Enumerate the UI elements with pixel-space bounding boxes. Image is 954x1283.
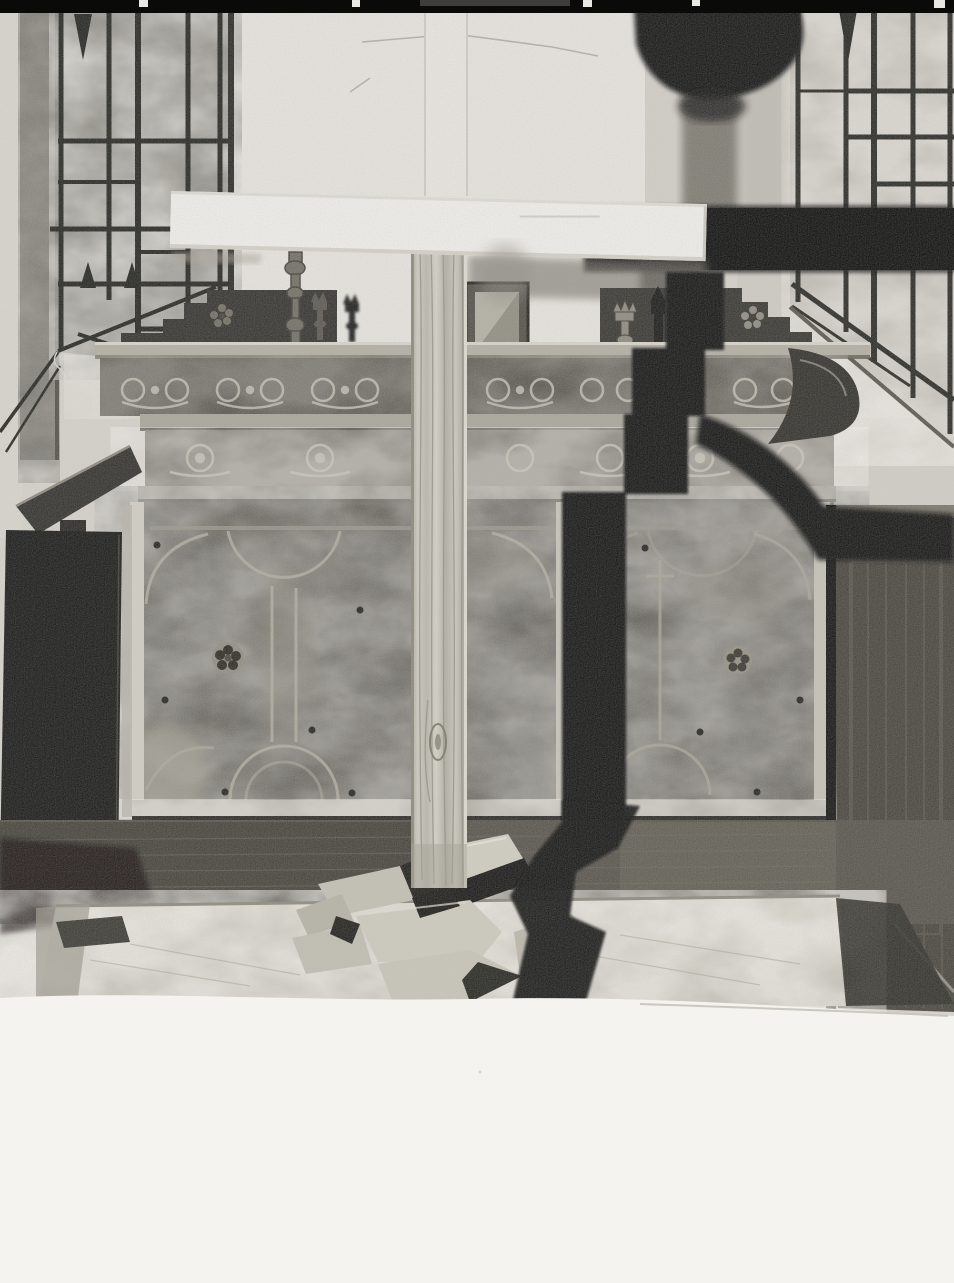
photograph: Black-and-white photograph: a rough wood… [0,0,954,1283]
film-edge-strip [0,0,954,13]
white-print-margin [0,995,954,1283]
film-grain-overlay [0,8,954,1012]
photo-canvas [0,0,954,1283]
